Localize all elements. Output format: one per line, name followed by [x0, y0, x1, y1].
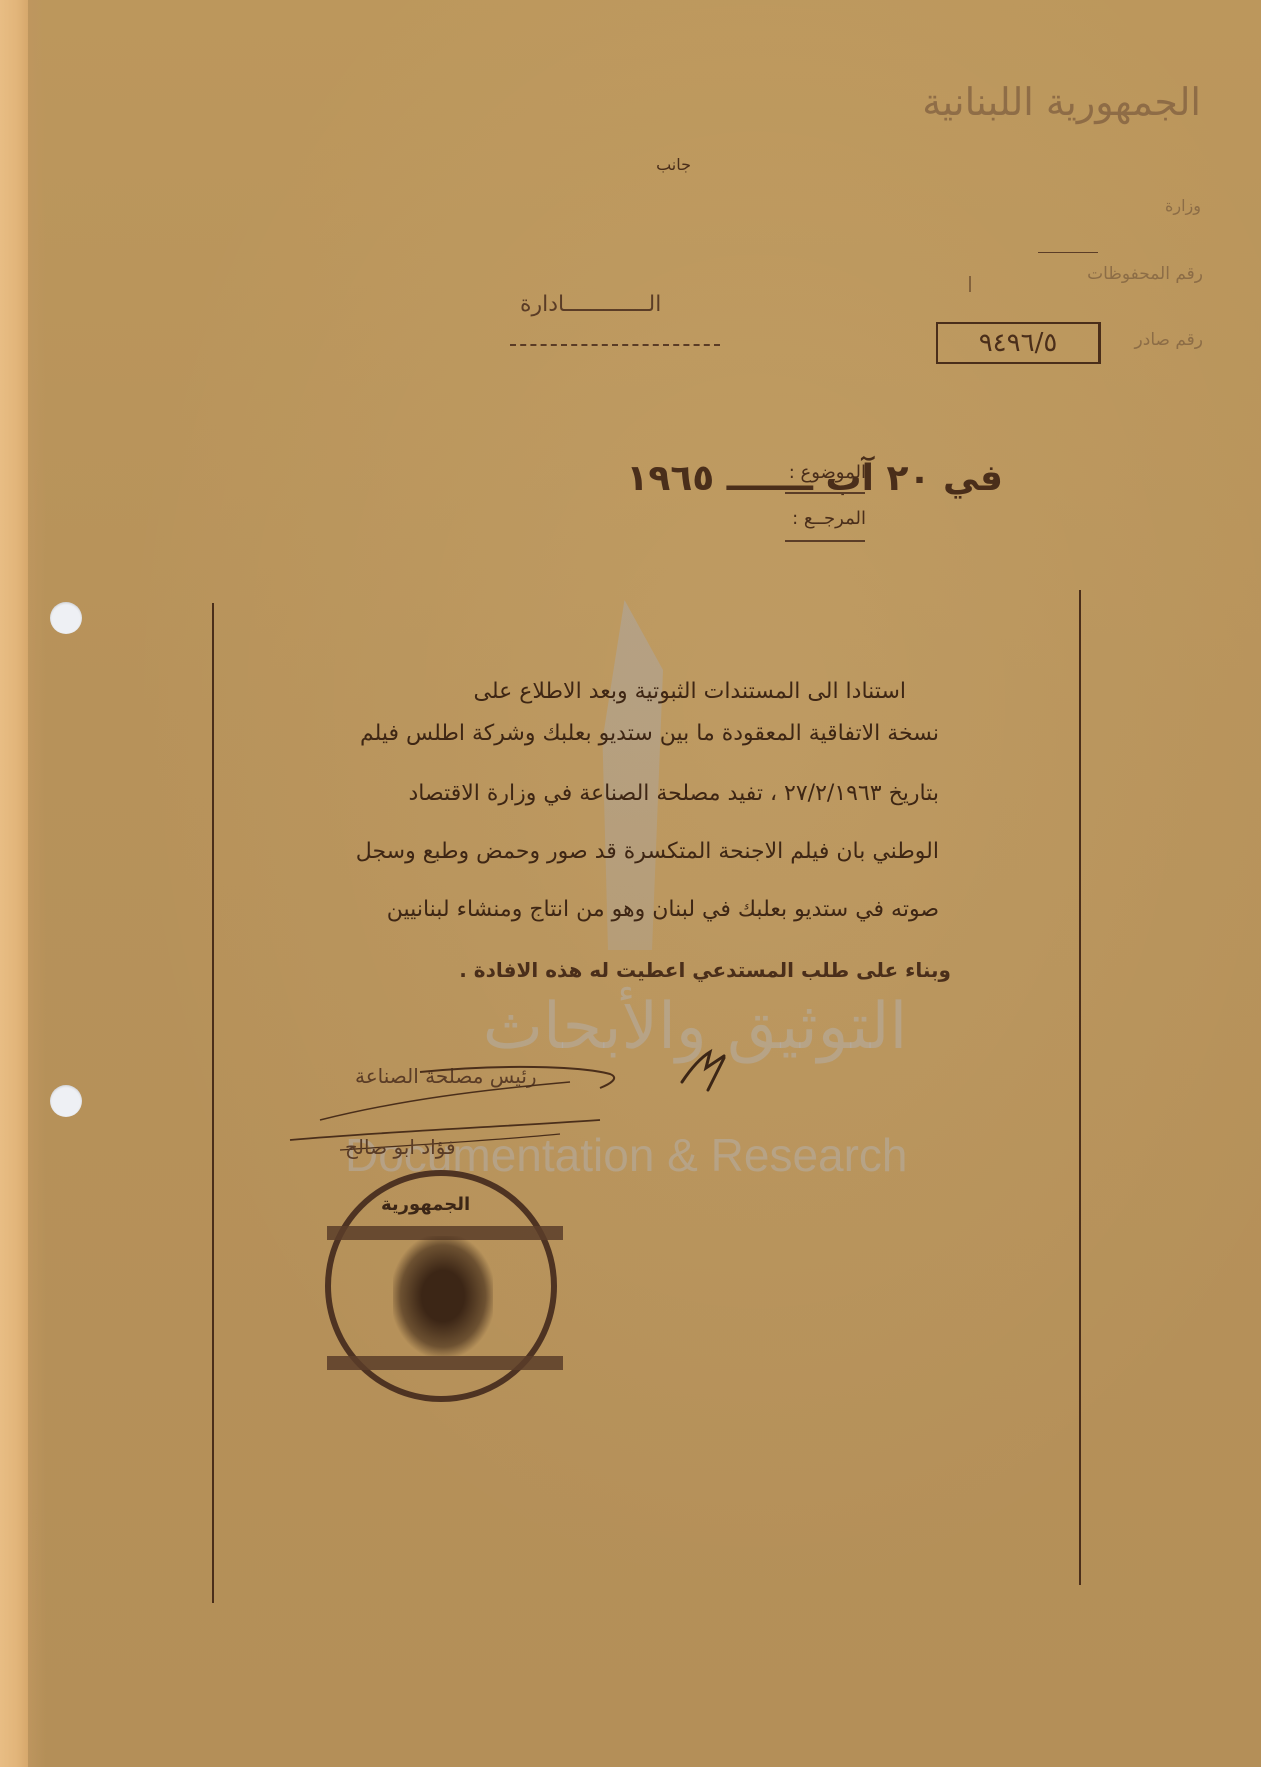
- body-line-5: صوته في ستديو بعلبك في لبنان وهو من انتا…: [299, 898, 939, 922]
- outgoing-number-label: رقم صادر: [1135, 330, 1203, 350]
- office-title-rule: [510, 344, 720, 346]
- cedar-emblem-icon: [393, 1236, 493, 1356]
- body-line-3: بتاريخ ٢٧/٢/١٩٦٣ ، تفيد مصلحة الصناعة في…: [299, 782, 939, 806]
- side-label: جانب: [656, 155, 691, 174]
- official-stamp: الجمهورية: [325, 1170, 557, 1402]
- subject-underline: [785, 492, 865, 494]
- body-line-4: الوطني بان فيلم الاجنحة المتكسرة قد صور …: [299, 840, 939, 864]
- closing-line: وبناء على طلب المستدعي اعطيت له هذه الاف…: [459, 958, 951, 982]
- ministry-rule: [1038, 252, 1098, 253]
- archive-number-mark: [969, 276, 971, 292]
- initials-signature-icon: [680, 1040, 740, 1100]
- office-title: الـــــــــــــادارة: [520, 292, 661, 317]
- signature-flourish-icon: [280, 1050, 620, 1140]
- state-name: الجمهورية اللبنانية: [922, 80, 1201, 124]
- reference-underline: [785, 540, 865, 542]
- right-frame-line: [1079, 590, 1081, 1585]
- left-frame-line: [212, 603, 214, 1603]
- ministry-label: وزارة: [1165, 196, 1201, 215]
- punch-hole-bottom: [50, 1085, 82, 1117]
- archive-number-label: رقم المحفوظات: [1087, 264, 1203, 284]
- signatory-name: فؤاد ابو صالح: [345, 1135, 456, 1159]
- body-line-2: نسخة الاتفاقية المعقودة ما بين ستديو بعل…: [299, 722, 939, 746]
- binding-shadow: [28, 0, 46, 1767]
- reference-label: المرجــع :: [792, 508, 866, 529]
- punch-hole-top: [50, 602, 82, 634]
- outgoing-number-box: ٩٤٩٦/٥: [936, 322, 1101, 364]
- stamp-top-text: الجمهورية: [381, 1194, 470, 1215]
- body-line-1: استنادا الى المستندات الثبوتية وبعد الاط…: [266, 680, 906, 704]
- stamp-band-bottom: [327, 1356, 563, 1370]
- binding-margin: [0, 0, 28, 1767]
- subject-label: الموضوع :: [789, 462, 866, 483]
